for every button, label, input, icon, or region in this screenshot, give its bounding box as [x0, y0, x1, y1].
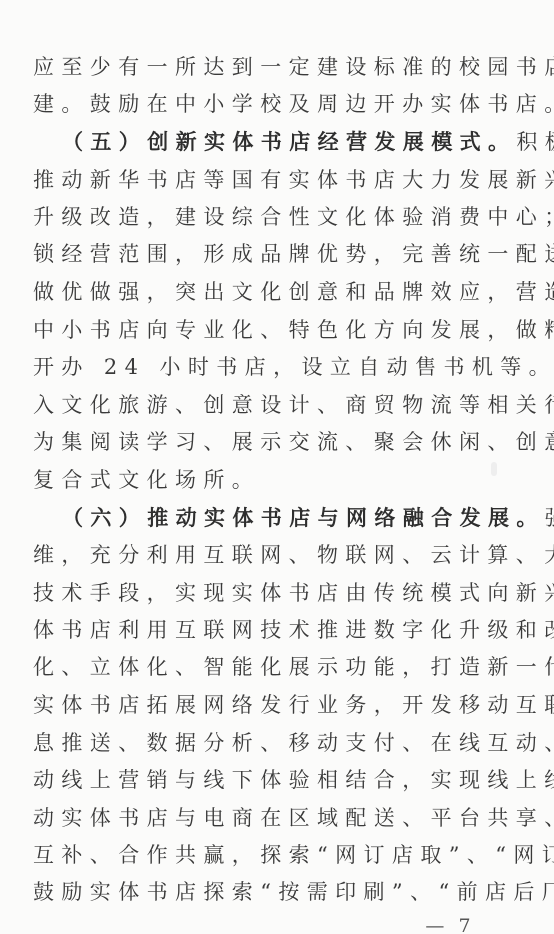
paragraph-line: 动实体书店与电商在区域配送、平台共享、网点共建等方面优势 — [33, 803, 523, 833]
line-text: 互补、合作共赢，探索“网订店取”、“网订店送”等经营方式。 — [33, 843, 554, 867]
paragraph-line: 开办 24 小时书店，设立自动售书机等。支持实体书店进一步融 — [33, 352, 523, 382]
line-text: 息推送、数据分析、移动支付、在线互动、个性订制等功能，推 — [33, 731, 554, 755]
paragraph-line: 做优做强，突出文化创意和品牌效应，营造优质阅读空间；鼓励 — [33, 277, 523, 307]
line-text: 升级改造，建设综合性文化体验消费中心；支持连锁书店扩大连 — [33, 205, 554, 229]
line-text: 积极培育壮大市场主体， — [516, 130, 554, 154]
line-text: 为集阅读学习、展示交流、聚会休闲、创意生活等功能于一体的 — [33, 430, 554, 454]
line-text: 强化“互联网＋”思 — [545, 506, 554, 530]
paragraph-line: 维，充分利用互联网、物联网、云计算、大数据、数字印刷等新 — [33, 540, 523, 570]
paragraph-line: 锁经营范围，形成品牌优势，完善统一配送；支持知名民营书店 — [33, 239, 523, 269]
line-text: 入文化旅游、创意设计、商贸物流等相关行业发展，努力建设成 — [33, 393, 554, 417]
paragraph-line: 升级改造，建设综合性文化体验消费中心；支持连锁书店扩大连 — [33, 202, 523, 232]
paragraph-line: 入文化旅游、创意设计、商贸物流等相关行业发展，努力建设成 — [33, 390, 523, 420]
line-text: 锁经营范围，形成品牌优势，完善统一配送；支持知名民营书店 — [33, 242, 554, 266]
line-text: 维，充分利用互联网、物联网、云计算、大数据、数字印刷等新 — [33, 543, 554, 567]
line-text: 动线上营销与线下体验相结合，实现线上线下互动协同发展；推 — [33, 768, 554, 792]
line-text: 复合式文化场所。 — [33, 468, 260, 492]
paragraph-line: 推动新华书店等国有实体书店大力发展新兴业态，支持大型书城 — [33, 165, 523, 195]
paragraph-line: 中小书店向专业化、特色化方向发展，做精做大细分市场；鼓励 — [33, 315, 523, 345]
section-heading: （六）推动实体书店与网络融合发展。 — [62, 505, 545, 530]
scan-smudge — [491, 462, 497, 476]
line-text: 做优做强，突出文化创意和品牌效应，营造优质阅读空间；鼓励 — [33, 280, 554, 304]
document-page: 应至少有一所达到一定建设标准的校园书店，没有的应尽快补 建。鼓励在中小学校及周边… — [0, 0, 554, 934]
line-text: 实体书店拓展网络发行业务，开发移动互联网服务平台，完善信 — [33, 693, 554, 717]
paragraph-line: 应至少有一所达到一定建设标准的校园书店，没有的应尽快补 — [33, 52, 523, 82]
paragraph-line: 实体书店拓展网络发行业务，开发移动互联网服务平台，完善信 — [33, 690, 523, 720]
page-number: — 7 — — [410, 912, 490, 934]
paragraph-line: 为集阅读学习、展示交流、聚会休闲、创意生活等功能于一体的 — [33, 427, 523, 457]
line-text: 鼓励实体书店探索“按需印刷”、“前店后厂”等新的商业模式。 — [33, 880, 554, 904]
line-text: 体书店利用互联网技术推进数字化升级和改造，增强店面场景 — [33, 618, 554, 642]
paragraph-line: 鼓励实体书店探索“按需印刷”、“前店后厂”等新的商业模式。 — [33, 877, 523, 907]
paragraph-line: 动线上营销与线下体验相结合，实现线上线下互动协同发展；推 — [33, 765, 523, 795]
paragraph-line: 建。鼓励在中小学校及周边开办实体书店。 — [33, 89, 523, 119]
section-heading-line-6: （六）推动实体书店与网络融合发展。强化“互联网＋”思 — [62, 503, 523, 533]
paragraph-line: 技术手段，实现实体书店由传统模式向新兴业态的转变。鼓励实 — [33, 578, 523, 608]
line-text: 中小书店向专业化、特色化方向发展，做精做大细分市场；鼓励 — [33, 318, 554, 342]
paragraph-line: 互补、合作共赢，探索“网订店取”、“网订店送”等经营方式。 — [33, 840, 523, 870]
section-heading-line-5: （五）创新实体书店经营发展模式。积极培育壮大市场主体， — [62, 127, 523, 157]
line-text: 建。鼓励在中小学校及周边开办实体书店。 — [33, 92, 554, 116]
line-text: 化、立体化、智能化展示功能，打造新一代“智慧书城”。支持 — [33, 655, 554, 679]
line-text: 推动新华书店等国有实体书店大力发展新兴业态，支持大型书城 — [33, 168, 554, 192]
section-heading: （五）创新实体书店经营发展模式。 — [62, 129, 516, 154]
line-text: 技术手段，实现实体书店由传统模式向新兴业态的转变。鼓励实 — [33, 581, 554, 605]
line-text: 开办 24 小时书店，设立自动售书机等。支持实体书店进一步融 — [33, 355, 554, 379]
line-text: 动实体书店与电商在区域配送、平台共享、网点共建等方面优势 — [33, 806, 554, 830]
paragraph-line: 体书店利用互联网技术推进数字化升级和改造，增强店面场景 — [33, 615, 523, 645]
paragraph-line: 复合式文化场所。 — [33, 465, 523, 495]
line-text: 应至少有一所达到一定建设标准的校园书店，没有的应尽快补 — [33, 55, 554, 79]
paragraph-line: 息推送、数据分析、移动支付、在线互动、个性订制等功能，推 — [33, 728, 523, 758]
paragraph-line: 化、立体化、智能化展示功能，打造新一代“智慧书城”。支持 — [33, 652, 523, 682]
